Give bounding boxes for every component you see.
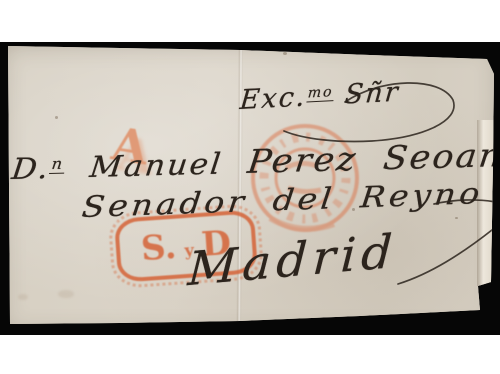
- honorific-title: Sñr: [343, 77, 400, 111]
- paper-blotch: [58, 290, 74, 298]
- paper-speck: [283, 52, 287, 55]
- matte-top: [0, 0, 500, 42]
- honorific-abbr: Exc.: [239, 81, 308, 116]
- franchise-letter-s: S.: [140, 230, 177, 266]
- auction-photo: A A S. y D Exc.mo Sñr D.n Manuel Perez S…: [0, 0, 500, 374]
- paper-blotch: [18, 294, 28, 300]
- paper-speck: [55, 116, 58, 119]
- don-superscript: n: [49, 155, 66, 174]
- surname: Perez Seoane: [246, 135, 500, 180]
- paper-speck: [352, 208, 355, 211]
- address-line-honorific: Exc.mo Sñr: [239, 77, 401, 117]
- first-name: Manuel: [88, 146, 224, 184]
- folded-letter-cover: A A S. y D Exc.mo Sñr D.n Manuel Perez S…: [0, 42, 500, 335]
- don-abbr: D.: [10, 151, 52, 186]
- photo-background: A A S. y D Exc.mo Sñr D.n Manuel Perez S…: [0, 42, 500, 335]
- matte-bottom: [0, 335, 500, 374]
- paper-speck: [455, 217, 458, 219]
- honorific-superscript: mo: [306, 84, 335, 103]
